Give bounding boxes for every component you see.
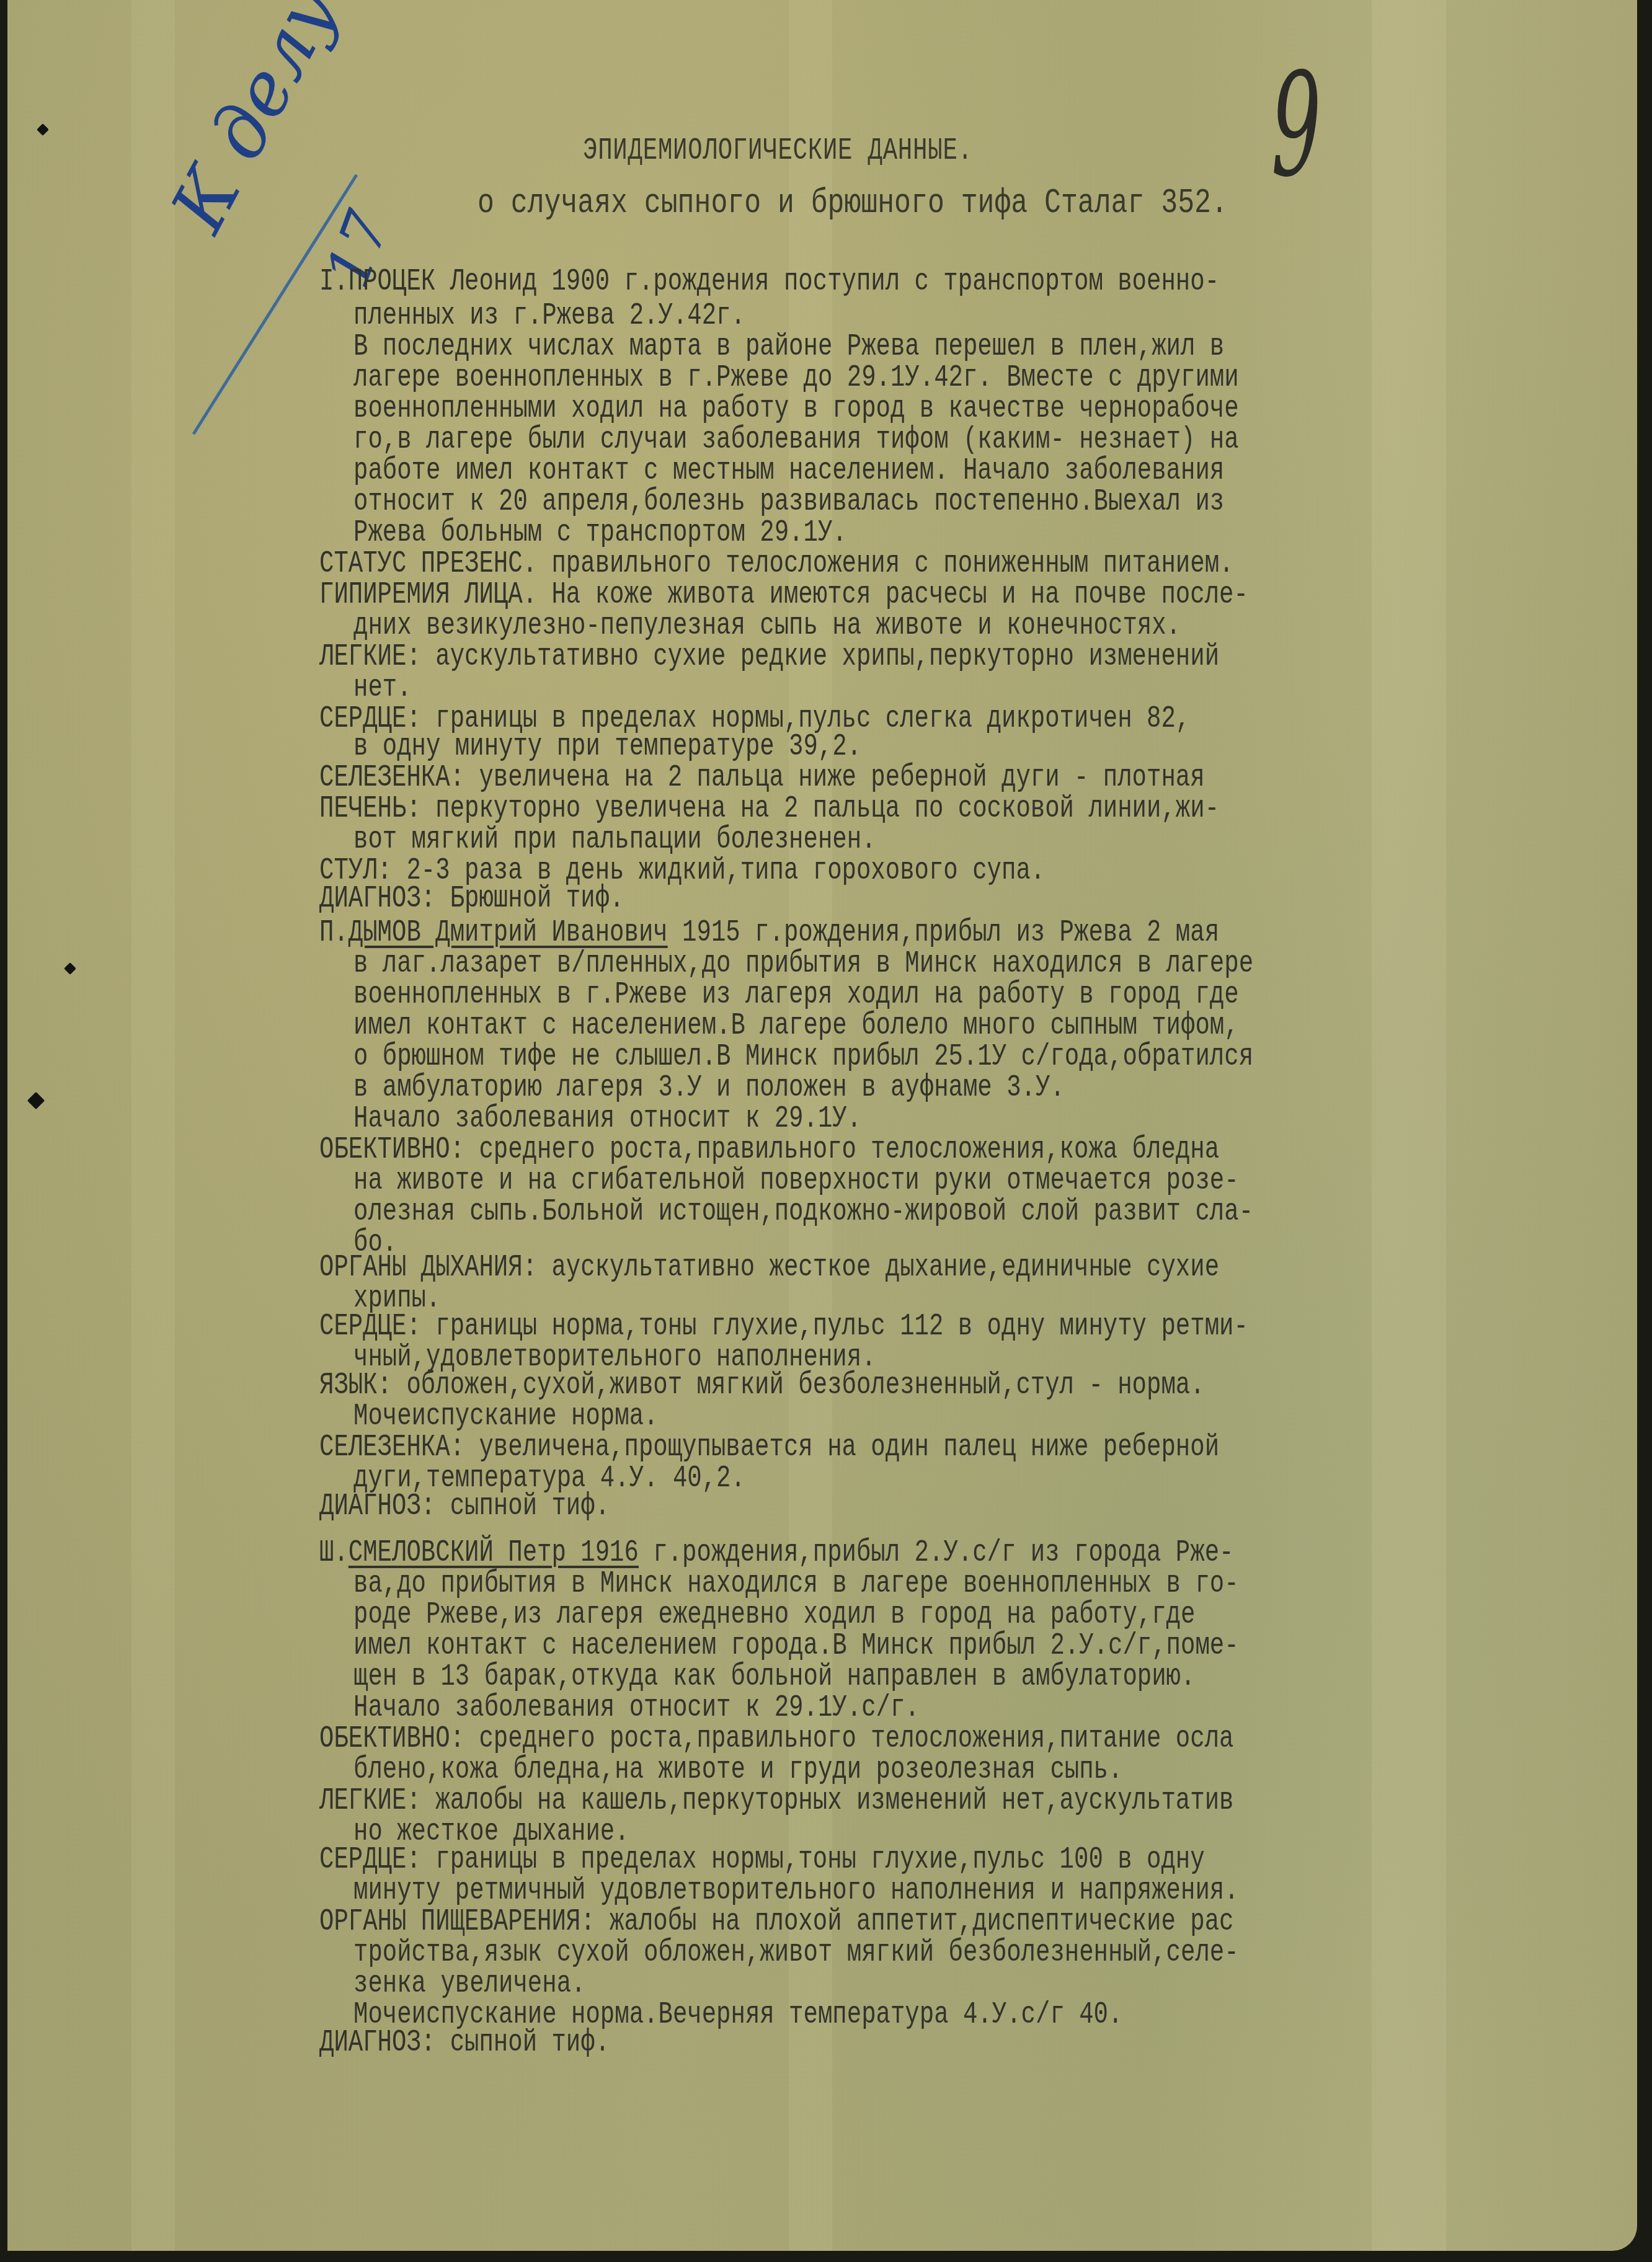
typed-line: Ржева больным с транспортом 29.1У. bbox=[353, 518, 847, 549]
underlined-patient-name: ДЫМОВ Дмитрий Иванович bbox=[349, 915, 668, 951]
typed-line: имел контакт с населением города.В Минск… bbox=[353, 1631, 1239, 1662]
typed-line: ОБЕКТИВНО: среднего роста,правильного те… bbox=[319, 1724, 1233, 1755]
underlined-patient-name: СМЕЛОВСКИЙ Петр 1916 bbox=[349, 1535, 639, 1571]
typed-line: о брюшном тифе не слышел.В Минск прибыл … bbox=[353, 1042, 1253, 1073]
typed-line: СЕЛЕЗЕНКА: увеличена на 2 пальца ниже ре… bbox=[319, 763, 1205, 794]
typed-line: имел контакт с населением.В лагере болел… bbox=[353, 1011, 1239, 1042]
typed-line: ОРГАНЫ ПИЩЕВАРЕНИЯ: жалобы на плохой апп… bbox=[319, 1907, 1233, 1938]
typed-line: СЕЛЕЗЕНКА: увеличена,прощупывается на од… bbox=[319, 1432, 1219, 1463]
typed-line: относит к 20 апреля,болезнь развивалась … bbox=[353, 487, 1224, 518]
typed-line: ДИАГНОЗ: сыпной тиф. bbox=[319, 2028, 610, 2059]
typed-line: Начало заболевания относит к 29.1У. bbox=[353, 1104, 861, 1135]
typed-line: минуту ретмичный удовлетворительного нап… bbox=[353, 1876, 1239, 1907]
typed-line: ОРГАНЫ ДЫХАНИЯ: аускультативно жесткое д… bbox=[319, 1253, 1219, 1284]
typed-line: СЕРДЦЕ: границы норма,тоны глухие,пульс … bbox=[319, 1311, 1248, 1342]
typed-line: ва,до прибытия в Минск находился в лагер… bbox=[353, 1569, 1239, 1600]
typed-line: ЛЕГКИЕ: аускультативно сухие редкие хрип… bbox=[319, 642, 1219, 673]
typed-line: пленных из г.Ржева 2.У.42г. bbox=[353, 301, 745, 332]
typed-line: блено,кожа бледна,на животе и груди розе… bbox=[353, 1755, 1122, 1786]
typed-line: лагере военнопленных в г.Ржеве до 29.1У.… bbox=[353, 363, 1239, 394]
typed-line: в лаг.лазарет в/пленных,до прибытия в Ми… bbox=[353, 949, 1253, 980]
typed-line: СТАТУС ПРЕЗЕНС. правильного телосложения… bbox=[319, 549, 1233, 580]
typed-line: дних везикулезно-пепулезная сыпь на живо… bbox=[353, 611, 1181, 642]
typed-line: вот мягкий при пальпации болезненен. bbox=[353, 825, 876, 856]
typed-line: П.ДЫМОВ Дмитрий Иванович 1915 г.рождения… bbox=[319, 918, 1219, 949]
typed-line: ДИАГНОЗ: Брюшной тиф. bbox=[319, 884, 624, 915]
typed-line: Мочеиспускание норма. bbox=[353, 1401, 658, 1432]
typed-line: ЯЗЫК: обложен,сухой,живот мягкий безболе… bbox=[319, 1370, 1205, 1401]
typed-line: ПЕЧЕНЬ: перкуторно увеличена на 2 пальца… bbox=[319, 794, 1219, 825]
typed-line: В последних числах марта в районе Ржева … bbox=[353, 332, 1224, 363]
typed-line: на животе и на сгибательной поверхности … bbox=[353, 1166, 1239, 1197]
typed-line: в одну минуту при температуре 39,2. bbox=[353, 732, 861, 763]
typed-line: тройства,язык сухой обложен,живот мягкий… bbox=[353, 1938, 1239, 1969]
document-subtitle: о случаях сыпного и брюшного тифа Сталаг… bbox=[477, 183, 1228, 223]
typed-line: ЛЕГКИЕ: жалобы на кашель,перкуторных изм… bbox=[319, 1786, 1233, 1817]
typed-line: ДИАГНОЗ: сыпной тиф. bbox=[319, 1491, 610, 1522]
typed-line: Ш.СМЕЛОВСКИЙ Петр 1916 г.рождения,прибыл… bbox=[319, 1538, 1233, 1569]
typed-line: нет. bbox=[353, 673, 412, 704]
typed-line: военнопленными ходил на работу в город в… bbox=[353, 394, 1239, 425]
typed-line: ГИПИРЕМИЯ ЛИЦА. На коже живота имеются р… bbox=[319, 580, 1248, 611]
typed-line: военнопленных в г.Ржеве из лагеря ходил … bbox=[353, 980, 1239, 1011]
typed-line: зенка увеличена. bbox=[353, 1969, 585, 2000]
typed-line: в амбулаторию лагеря 3.У и положен в ауф… bbox=[353, 1073, 1065, 1104]
typed-line: щен в 13 барак,откуда как больной направ… bbox=[353, 1662, 1195, 1693]
typed-line: олезная сыпь.Больной истощен,подкожно-жи… bbox=[353, 1197, 1253, 1228]
typed-line: Начало заболевания относит к 29.1У.с/г. bbox=[353, 1693, 920, 1724]
typed-line: СЕРДЦЕ: границы в пределах нормы,тоны гл… bbox=[319, 1845, 1205, 1876]
typed-line: I.ПРОЦЕК Леонид 1900 г.рождения поступил… bbox=[319, 267, 1219, 298]
document-title: ЭПИДЕМИОЛОГИЧЕСКИЕ ДАННЫЕ. bbox=[583, 133, 973, 169]
typed-line: ОБЕКТИВНО: среднего роста,правильного те… bbox=[319, 1135, 1219, 1166]
typed-line: роде Ржеве,из лагеря ежедневно ходил в г… bbox=[353, 1600, 1195, 1631]
typed-line: работе имел контакт с местным населением… bbox=[353, 456, 1224, 487]
typed-line: го,в лагере были случаи заболевания тифо… bbox=[353, 425, 1239, 456]
